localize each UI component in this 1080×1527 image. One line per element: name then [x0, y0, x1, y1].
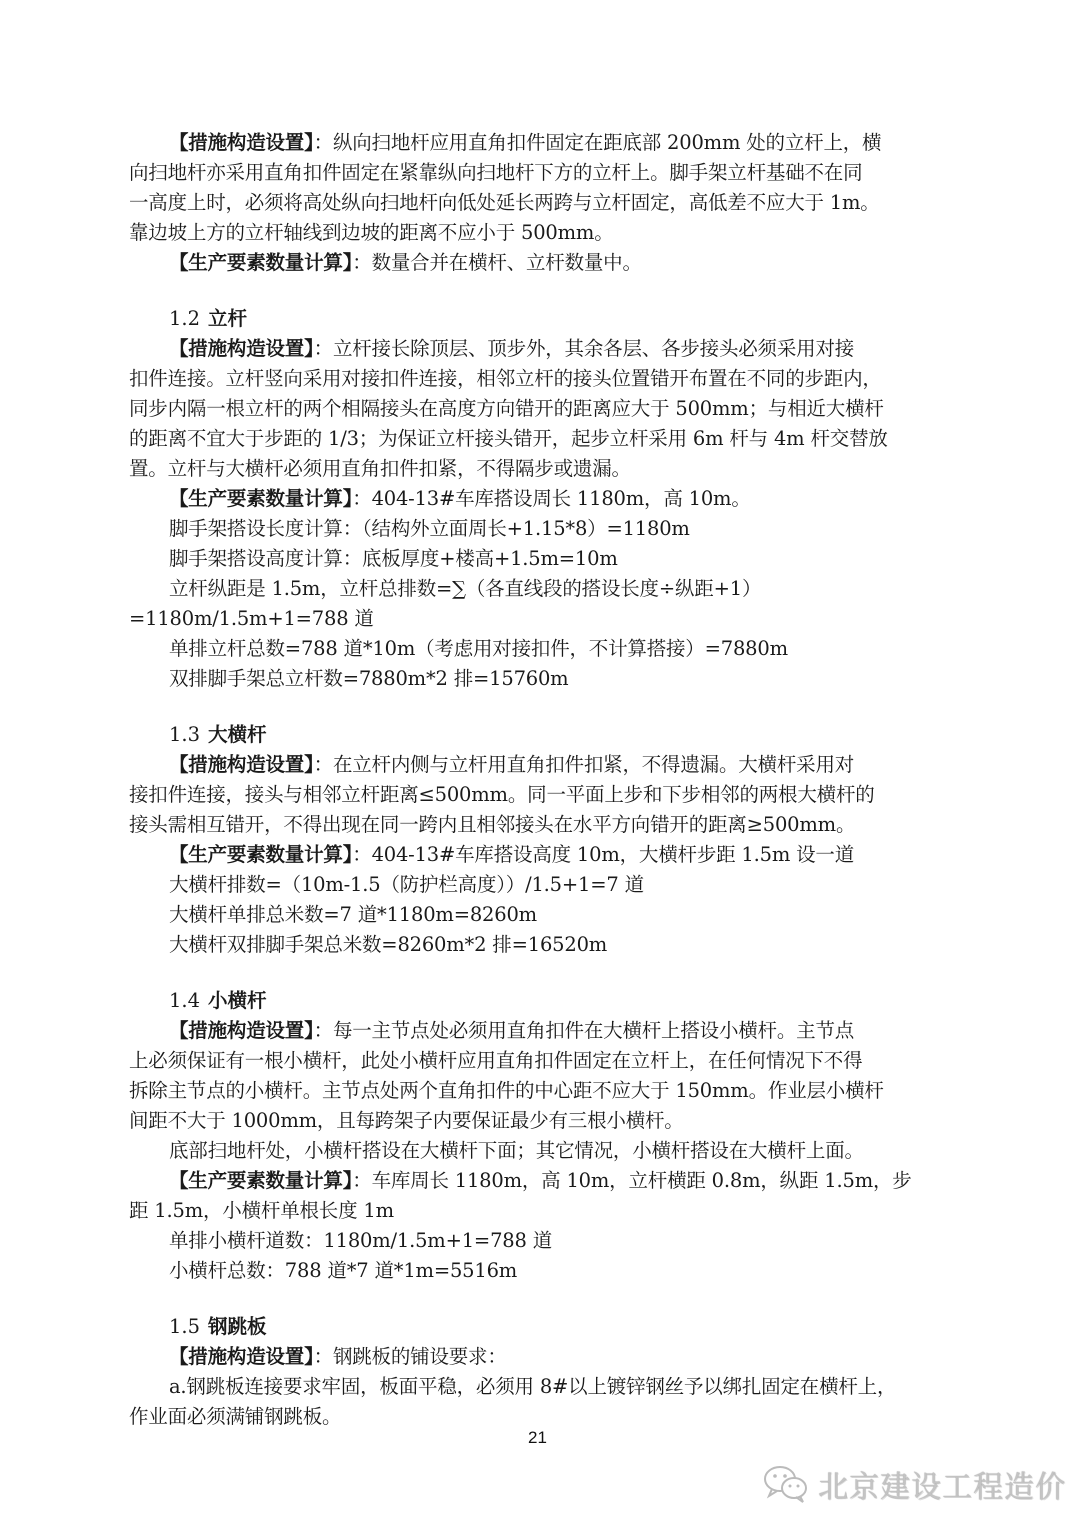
- calc-line: 双排脚手架总立杆数=7880m*2 排=15760m: [129, 664, 951, 694]
- text: ：404-13#车库搭设周长 1180m，高 10m。: [352, 487, 750, 510]
- calc-line: 脚手架搭设长度计算：（结构外立面周长+1.15*8）=1180m: [129, 514, 951, 544]
- section-number: 1.2: [169, 307, 200, 330]
- calc-line: 单排立杆总数=788 道*10m（考虑用对接扣件，不计算搭接）=7880m: [129, 634, 951, 664]
- intro-measure-line: 靠边坡上方的立杆轴线到边坡的距离不应小于 500mm。: [129, 218, 951, 248]
- calc-line: 【生产要素数量计算】：404-13#车库搭设高度 10m，大横杆步距 1.5m …: [129, 840, 951, 870]
- calc-line: 小横杆总数：788 道*7 道*1m=5516m: [129, 1256, 951, 1286]
- text: ：钢跳板的铺设要求：: [314, 1345, 507, 1368]
- section-title: 小横杆: [208, 989, 267, 1012]
- measure-line: 上必须保证有一根小横杆，此处小横杆应用直角扣件固定在立杆上，在任何情况下不得: [129, 1046, 951, 1076]
- section-number: 1.4: [169, 989, 200, 1012]
- requirement-line: a.钢跳板连接要求牢固，板面平稳，必须用 8#以上镀锌钢丝予以绑扎固定在横杆上，: [129, 1372, 951, 1402]
- calc-line: 大横杆排数=（10m-1.5（防护栏高度））/1.5+1=7 道: [129, 870, 951, 900]
- intro-measure-line: 【措施构造设置】：纵向扫地杆应用直角扣件固定在距底部 200mm 处的立杆上，横: [129, 128, 951, 158]
- section-heading-1-4: 1.4小横杆: [129, 986, 951, 1016]
- calc-line: 大横杆单排总米数=7 道*1180m=8260m: [129, 900, 951, 930]
- note-line: 底部扫地杆处，小横杆搭设在大横杆下面；其它情况，小横杆搭设在大横杆上面。: [129, 1136, 951, 1166]
- calc-line: 立杆纵距是 1.5m，立杆总排数=∑（各直线段的搭设长度÷纵距+1）: [129, 574, 951, 604]
- measure-line: 【措施构造设置】：立杆接长除顶层、顶步外，其余各层、各步接头必须采用对接: [129, 334, 951, 364]
- calc-line: 距 1.5m，小横杆单根长度 1m: [129, 1196, 951, 1226]
- section-heading-1-5: 1.5钢跳板: [129, 1312, 951, 1342]
- section-heading-1-2: 1.2立杆: [129, 304, 951, 334]
- calc-line: 【生产要素数量计算】：车库周长 1180m，高 10m，立杆横距 0.8m，纵距…: [129, 1166, 951, 1196]
- document-page: 【措施构造设置】：纵向扫地杆应用直角扣件固定在距底部 200mm 处的立杆上，横…: [129, 128, 951, 1432]
- measure-label: 【措施构造设置】: [169, 131, 314, 154]
- calc-line: 【生产要素数量计算】：404-13#车库搭设周长 1180m，高 10m。: [129, 484, 951, 514]
- text: ：纵向扫地杆应用直角扣件固定在距底部 200mm 处的立杆上，横: [314, 131, 882, 154]
- measure-line: 【措施构造设置】：每一主节点处必须用直角扣件在大横杆上搭设小横杆。主节点: [129, 1016, 951, 1046]
- calc-line: 大横杆双排脚手架总米数=8260m*2 排=16520m: [129, 930, 951, 960]
- measure-label: 【措施构造设置】: [169, 1345, 314, 1368]
- watermark-text: 北京建设工程造价: [818, 1462, 1066, 1506]
- measure-line: 置。立杆与大横杆必须用直角扣件扣紧，不得隔步或遗漏。: [129, 454, 951, 484]
- watermark: 北京建设工程造价: [762, 1462, 1066, 1506]
- text: ：在立杆内侧与立杆用直角扣件扣紧，不得遗漏。大横杆采用对: [314, 753, 854, 776]
- section-number: 1.3: [169, 723, 200, 746]
- measure-line: 【措施构造设置】：钢跳板的铺设要求：: [129, 1342, 951, 1372]
- calc-label: 【生产要素数量计算】: [169, 251, 352, 274]
- measure-line: 接头需相互错开，不得出现在同一跨内且相邻接头在水平方向错开的距离≥500mm。: [129, 810, 951, 840]
- measure-line: 的距离不宜大于步距的 1/3；为保证立杆接头错开，起步立杆采用 6m 杆与 4m…: [129, 424, 951, 454]
- section-title: 钢跳板: [208, 1315, 267, 1338]
- text: ：每一主节点处必须用直角扣件在大横杆上搭设小横杆。主节点: [314, 1019, 854, 1042]
- section-number: 1.5: [169, 1315, 200, 1338]
- measure-label: 【措施构造设置】: [169, 753, 314, 776]
- wechat-icon: [762, 1464, 810, 1504]
- page-number: 21: [528, 1428, 547, 1448]
- calc-line: 脚手架搭设高度计算：底板厚度+楼高+1.5m=10m: [129, 544, 951, 574]
- text: ：数量合并在横杆、立杆数量中。: [352, 251, 642, 274]
- calc-line: 单排小横杆道数：1180m/1.5m+1=788 道: [129, 1226, 951, 1256]
- section-heading-1-3: 1.3大横杆: [129, 720, 951, 750]
- measure-line: 同步内隔一根立杆的两个相隔接头在高度方向错开的距离应大于 500mm；与相近大横…: [129, 394, 951, 424]
- text: ：404-13#车库搭设高度 10m，大横杆步距 1.5m 设一道: [352, 843, 854, 866]
- calc-label: 【生产要素数量计算】: [169, 1169, 352, 1192]
- calc-line: =1180m/1.5m+1=788 道: [129, 604, 951, 634]
- intro-measure-line: 向扫地杆亦采用直角扣件固定在紧靠纵向扫地杆下方的立杆上。脚手架立杆基础不在同: [129, 158, 951, 188]
- intro-measure-line: 一高度上时，必须将高处纵向扫地杆向低处延长两跨与立杆固定，高低差不应大于 1m。: [129, 188, 951, 218]
- measure-line: 【措施构造设置】：在立杆内侧与立杆用直角扣件扣紧，不得遗漏。大横杆采用对: [129, 750, 951, 780]
- measure-line: 拆除主节点的小横杆。主节点处两个直角扣件的中心距不应大于 150mm。作业层小横…: [129, 1076, 951, 1106]
- measure-line: 扣件连接。立杆竖向采用对接扣件连接，相邻立杆的接头位置错开布置在不同的步距内，: [129, 364, 951, 394]
- text: ：车库周长 1180m，高 10m，立杆横距 0.8m，纵距 1.5m，步: [352, 1169, 911, 1192]
- measure-line: 接扣件连接，接头与相邻立杆距离≤500mm。同一平面上步和下步相邻的两根大横杆的: [129, 780, 951, 810]
- measure-label: 【措施构造设置】: [169, 1019, 314, 1042]
- measure-label: 【措施构造设置】: [169, 337, 314, 360]
- calc-label: 【生产要素数量计算】: [169, 487, 352, 510]
- text: ：立杆接长除顶层、顶步外，其余各层、各步接头必须采用对接: [314, 337, 854, 360]
- section-title: 大横杆: [208, 723, 267, 746]
- intro-calc-line: 【生产要素数量计算】：数量合并在横杆、立杆数量中。: [129, 248, 951, 278]
- calc-label: 【生产要素数量计算】: [169, 843, 352, 866]
- section-title: 立杆: [208, 307, 247, 330]
- measure-line: 间距不大于 1000mm，且每跨架子内要保证最少有三根小横杆。: [129, 1106, 951, 1136]
